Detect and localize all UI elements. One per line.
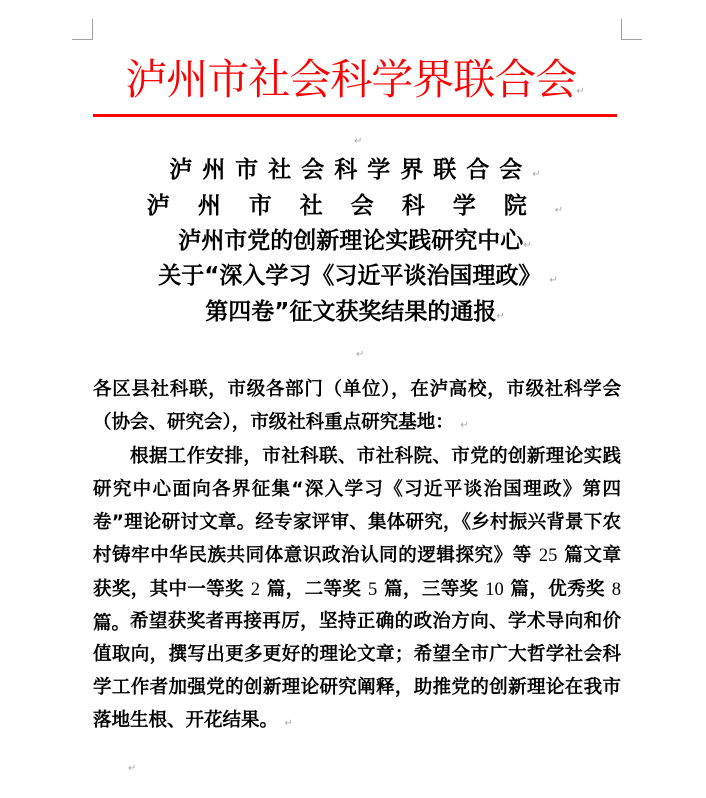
body-text: 希望获奖者再接再厉，坚持正确的政治方向、学术导向和价值取向，撰写出更多更好的理论… bbox=[93, 611, 621, 731]
salutation-text: 各区县社科联，市级各部门（单位），在泸高校，市级社科学会（协会、研究会），市级社… bbox=[93, 379, 621, 433]
paragraph-mark-icon: ↵ bbox=[356, 349, 364, 360]
paragraph-mark-icon: ↵ bbox=[532, 169, 540, 180]
paragraph-mark-icon: ↵ bbox=[555, 205, 563, 216]
first-prize-count: 2 bbox=[251, 580, 260, 600]
body-text: 篇，优秀奖 bbox=[504, 579, 612, 600]
paragraph-mark-icon: ↵ bbox=[496, 311, 504, 322]
paragraph-mark-icon: ↵ bbox=[523, 240, 531, 251]
heading-line-1: 泸州市社会科学界联合会↵ bbox=[93, 152, 617, 193]
empty-paragraph: ↵ bbox=[356, 349, 364, 361]
paragraph-mark-icon: ↵ bbox=[128, 763, 136, 774]
paragraph-mark-icon: ↵ bbox=[460, 420, 468, 431]
body-text: 篇，二等奖 bbox=[260, 579, 368, 600]
heading-text: 第四卷”征文获奖结果的通报 bbox=[205, 299, 496, 325]
paragraph-mark-icon: ↵ bbox=[354, 136, 362, 147]
heading-text: 泸州市社会科学院 bbox=[147, 193, 555, 219]
masthead-title: 泸州市社会科学界联合会↵ bbox=[93, 52, 617, 120]
heading-text: 泸州市社会科学界联合会 bbox=[169, 157, 532, 183]
heading-line-5: 第四卷”征文获奖结果的通报↵ bbox=[93, 294, 617, 335]
body-text: 篇，三等奖 bbox=[377, 579, 485, 600]
masthead-red-divider bbox=[93, 114, 617, 117]
paragraph-mark-icon: ↵ bbox=[284, 718, 292, 729]
heading-text: 泸州市党的创新理论实践研究中心 bbox=[178, 228, 523, 254]
masthead-text: 泸州市社会科学界联合会 bbox=[125, 55, 576, 104]
third-prize-count: 10 bbox=[485, 580, 504, 600]
second-prize-count: 5 bbox=[368, 580, 377, 600]
top-left-margin-corner-mark bbox=[72, 19, 93, 40]
heading-line-4: 关于“深入学习《习近平谈治国理政》 ↵ bbox=[78, 258, 638, 299]
salutation-paragraph: 各区县社科联，市级各部门（单位），在泸高校，市级社科学会（协会、研究会），市级社… bbox=[93, 373, 621, 442]
empty-paragraph: ↵ bbox=[354, 136, 362, 148]
closing-paragraph: 希望获奖者再接再厉，坚持正确的政治方向、学术导向和价值取向，撰写出更多更好的理论… bbox=[93, 605, 621, 740]
paragraph-mark-icon: ↵ bbox=[576, 86, 584, 97]
total-awards-count: 25 bbox=[539, 546, 558, 566]
paragraph-mark-icon: ↵ bbox=[549, 275, 557, 286]
empty-paragraph: ↵ bbox=[128, 763, 136, 775]
document-page[interactable]: 泸州市社会科学界联合会↵ ↵ 泸州市社会科学界联合会↵ 泸州市社会科学院↵ 泸州… bbox=[0, 0, 706, 798]
top-right-margin-corner-mark bbox=[621, 19, 642, 40]
heading-text: 关于“深入学习《习近平谈治国理政》 bbox=[158, 263, 541, 289]
excellence-award-count: 8 bbox=[612, 580, 621, 600]
